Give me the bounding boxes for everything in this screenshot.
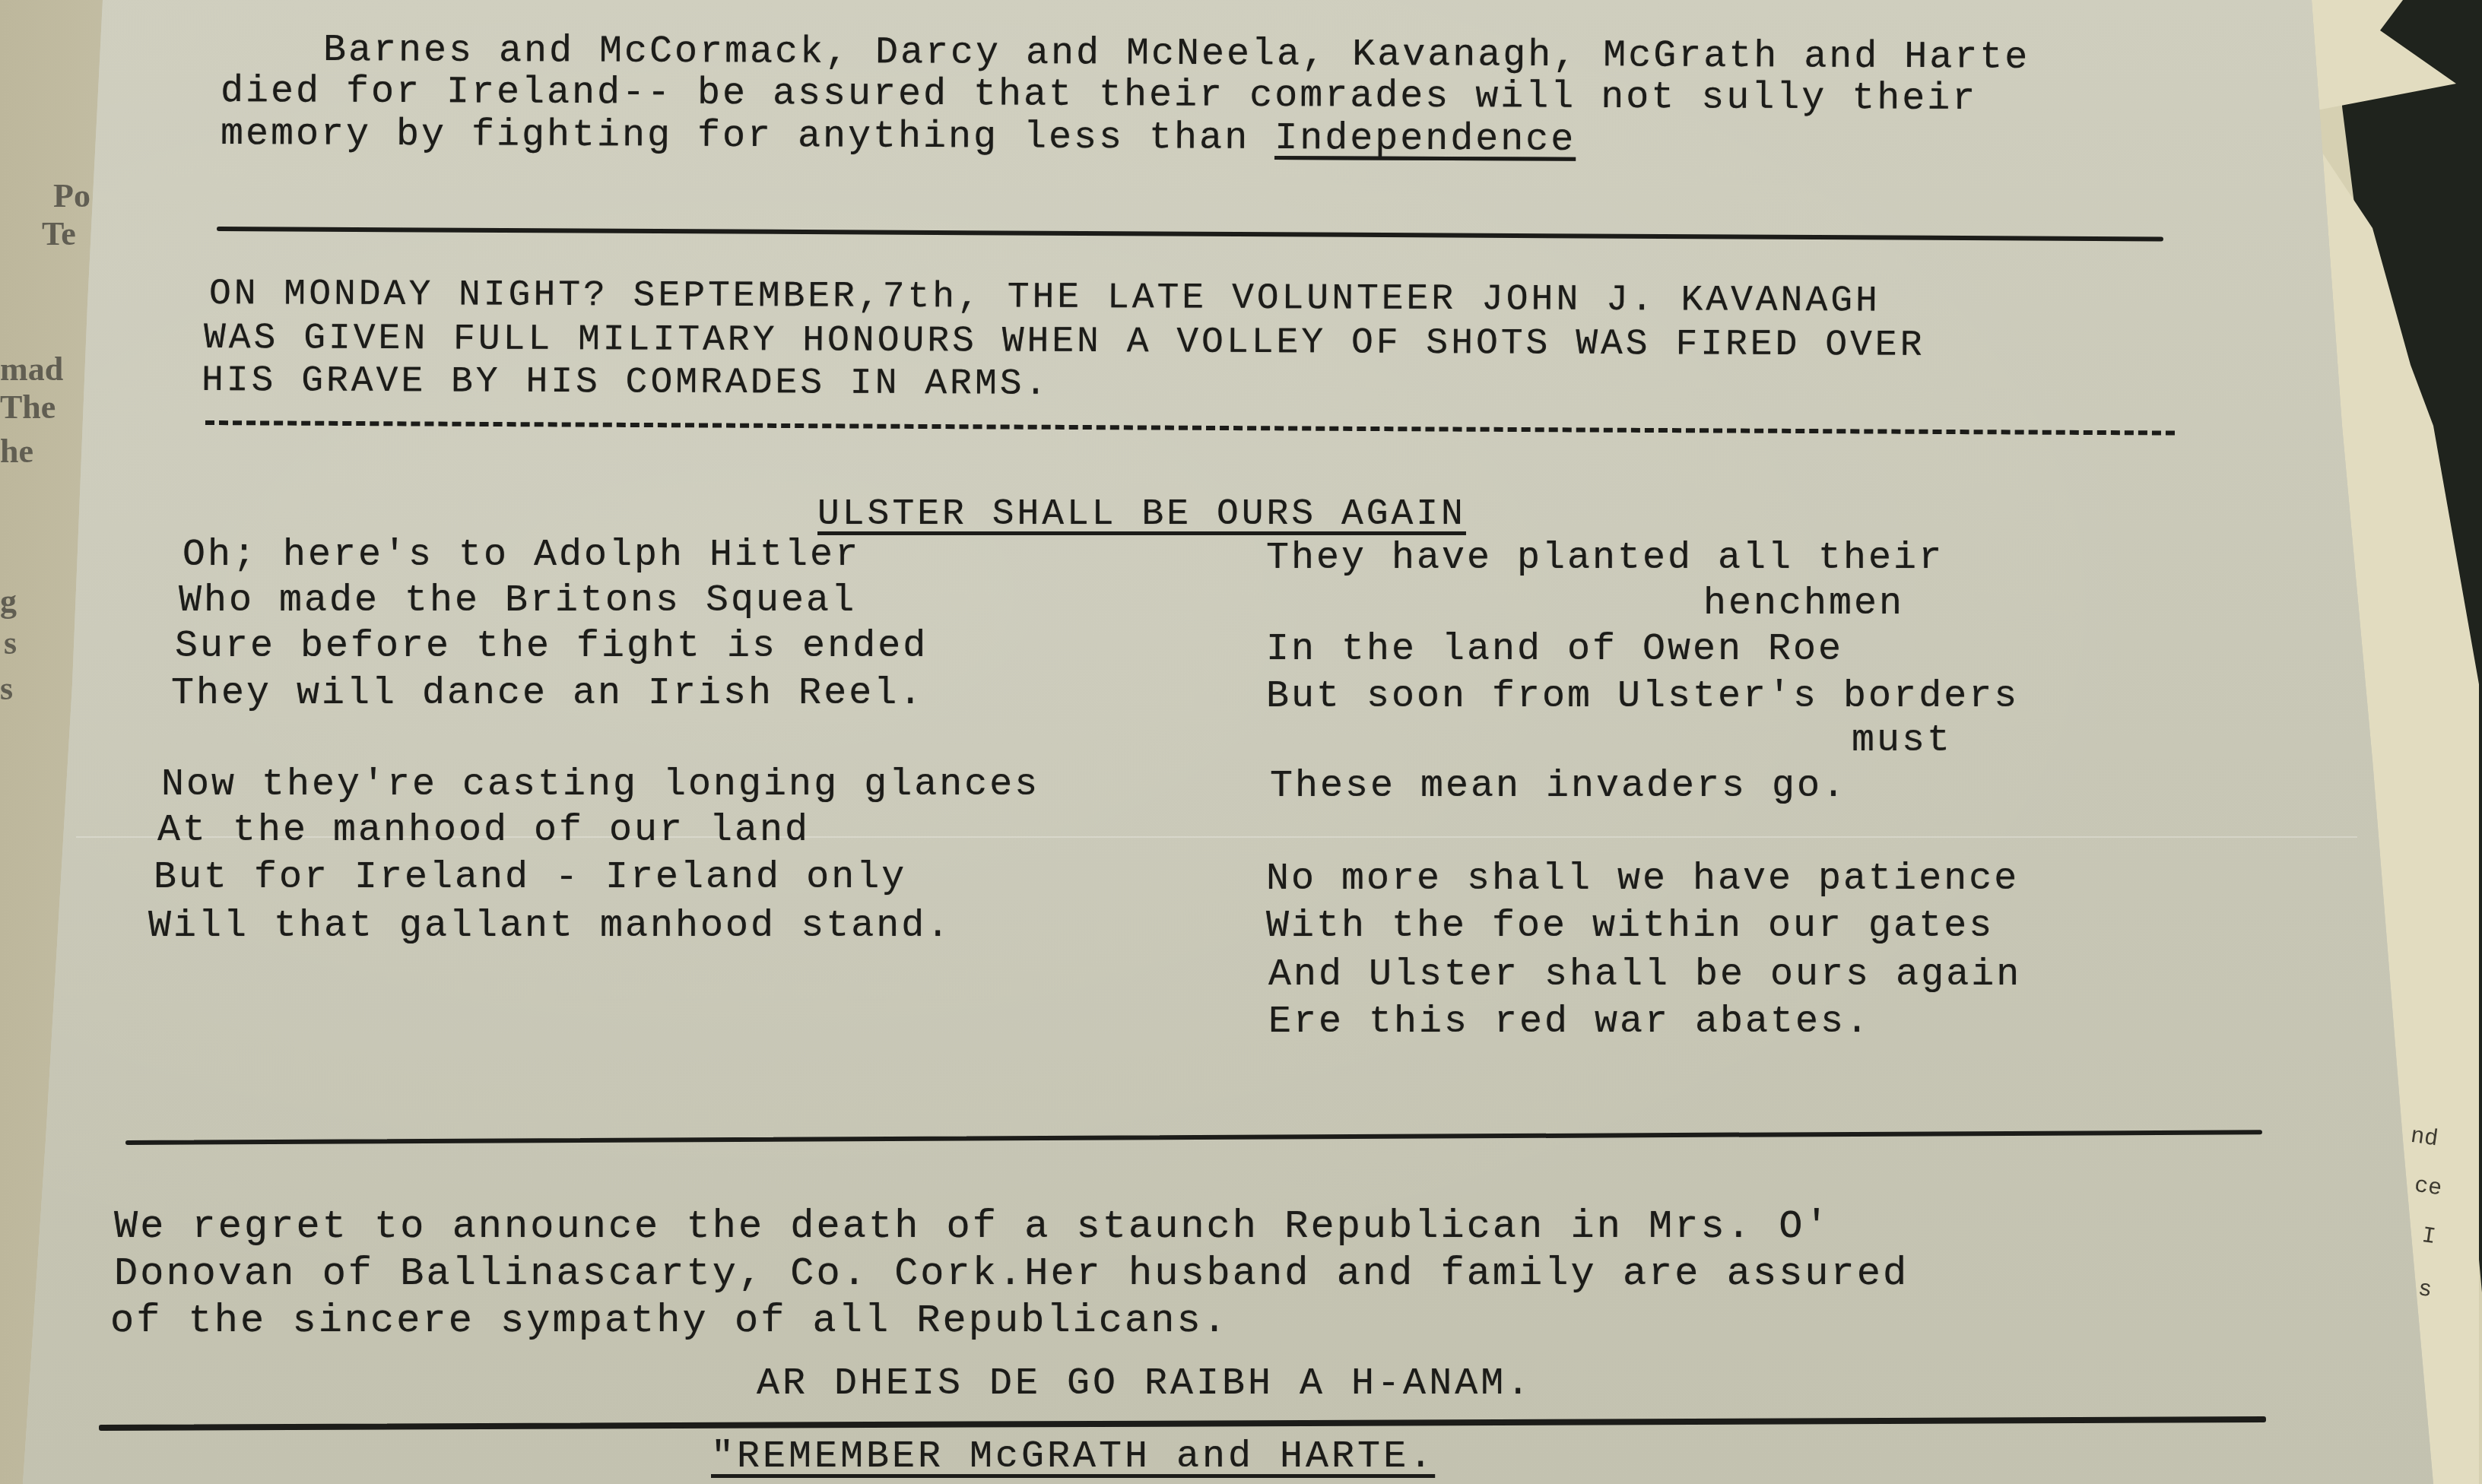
poem-right-stanza-1-line-4: But soon from Ulster's borders [1266, 675, 2019, 718]
poem-right-stanza-2-line-3: And Ulster shall be ours again [1268, 953, 2021, 997]
poem-right-stanza-2-line-1: No more shall we have patience [1266, 858, 2019, 901]
notice-line-3: HIS GRAVE BY HIS COMRADES IN ARMS. [202, 360, 1050, 405]
poem-left-stanza-1-line-1: Oh; here's to Adolph Hitler [182, 534, 860, 577]
obituary-line-3: of the sincere sympathy of all Republica… [110, 1298, 1229, 1343]
left-sheet-fragment: he [0, 432, 33, 471]
left-sheet-fragment: g [0, 582, 17, 620]
right-sheet-fragment: ce [2413, 1173, 2443, 1203]
paragraph-1-line-3: memory by fighting for anything less tha… [221, 113, 1576, 162]
independence-emphasis: Independence [1274, 117, 1576, 162]
poem-left-stanza-2-line-3: But for Ireland - Ireland only [154, 856, 906, 899]
left-sheet-fragment: mad [0, 350, 63, 388]
section-divider-solid [217, 227, 2163, 241]
poem-left-stanza-2-line-1: Now they're casting longing glances [161, 763, 1039, 807]
poem-right-stanza-2-line-2: With the foe within our gates [1266, 905, 1994, 948]
left-sheet-fragment: Po [53, 176, 90, 215]
closing-remember-line: "REMEMBER McGRATH and HARTE. [711, 1435, 1435, 1479]
typed-document-page: Barnes and McCormack, Darcy and McNeela,… [0, 0, 2482, 1484]
poem-right-stanza-1-line-2: henchmen [1703, 582, 1904, 626]
irish-blessing: AR DHEIS DE GO RAIBH A H-ANAM. [757, 1362, 1532, 1406]
poem-left-stanza-1-line-4: They will dance an Irish Reel. [171, 672, 924, 715]
left-sheet-fragment: s [4, 623, 17, 662]
obituary-line-1: We regret to announce the death of a sta… [114, 1204, 1831, 1249]
right-sheet-fragment: nd [2409, 1124, 2439, 1153]
section-divider-solid-2 [125, 1130, 2262, 1145]
obituary-line-2: Donovan of Ballinascarty, Co. Cork.Her h… [114, 1251, 1909, 1296]
left-sheet-fragment: The [0, 388, 56, 426]
notice-line-2: WAS GIVEN FULL MILITARY HONOURS WHEN A V… [204, 318, 1925, 366]
poem-left-stanza-2-line-2: At the manhood of our land [157, 809, 810, 852]
left-sheet-fragment: Te [42, 214, 76, 253]
left-sheet-fragment: s [0, 669, 13, 708]
poem-right-stanza-1-line-1: They have planted all their [1266, 537, 1944, 580]
poem-right-stanza-1-line-3: In the land of Owen Roe [1266, 628, 1843, 671]
photo-scene: Po Te mad The he g s s nd ce I s Barnes … [0, 0, 2482, 1484]
poem-title: ULSTER SHALL BE OURS AGAIN [817, 494, 1466, 535]
section-divider-dashed [205, 420, 2175, 436]
paragraph-1-line-3-text: memory by fighting for anything less tha… [221, 113, 1274, 160]
poem-right-stanza-1-line-5: must [1852, 719, 1952, 763]
poem-left-stanza-2-line-4: Will that gallant manhood stand. [148, 905, 951, 948]
poem-right-stanza-2-line-4: Ere this red war abates. [1268, 1000, 1871, 1044]
poem-right-stanza-1-line-6: These mean invaders go. [1270, 765, 1847, 808]
section-divider-thick [99, 1416, 2266, 1431]
poem-left-stanza-1-line-2: Who made the Britons Squeal [179, 579, 856, 623]
notice-line-1: ON MONDAY NIGHT? SEPTEMBER,7th, THE LATE… [209, 274, 1881, 322]
poem-left-stanza-1-line-3: Sure before the fight is ended [175, 625, 928, 668]
